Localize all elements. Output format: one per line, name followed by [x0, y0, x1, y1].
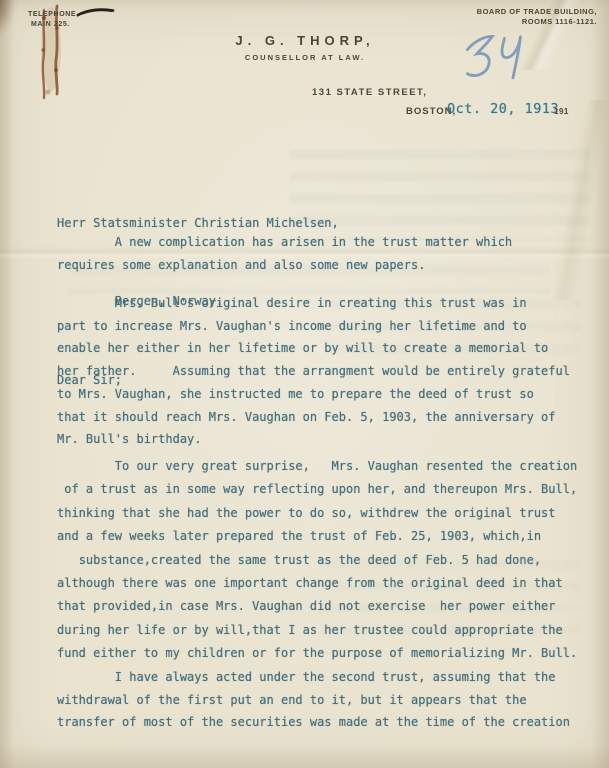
typed-date: Oct. 20, 1913 — [447, 101, 559, 117]
letter-paragraph-4: I have always acted under the second tru… — [57, 666, 602, 734]
letterhead-title: COUNSELLOR AT LAW. — [170, 53, 440, 62]
ink-mark — [76, 6, 116, 20]
scan-edge-shadow — [0, 0, 16, 38]
letter-paragraph-2: Mrs. Bull's original desire in creating … — [57, 292, 602, 451]
street-address: 131 STATE STREET, — [312, 87, 427, 98]
letter-page: TELEPHONE, MAIN 225. BOARD OF TRADE BUIL… — [0, 0, 609, 768]
letterhead-name: J. G. THORP, — [170, 33, 440, 48]
printed-year: 191 — [554, 107, 569, 116]
building-line-1: BOARD OF TRADE BUILDING, — [477, 7, 597, 17]
telephone-label: TELEPHONE, MAIN 225. — [28, 10, 79, 29]
telephone-line-2: MAIN 225. — [28, 20, 79, 30]
telephone-line-1: TELEPHONE, — [28, 10, 79, 20]
letter-paragraph-1: A new complication has arisen in the tru… — [57, 231, 602, 276]
building-address-label: BOARD OF TRADE BUILDING, ROOMS 1116-1121… — [477, 7, 597, 27]
handwritten-page-number — [454, 26, 542, 85]
letter-paragraph-3: To our very great surprise, Mrs. Vaughan… — [57, 455, 602, 666]
